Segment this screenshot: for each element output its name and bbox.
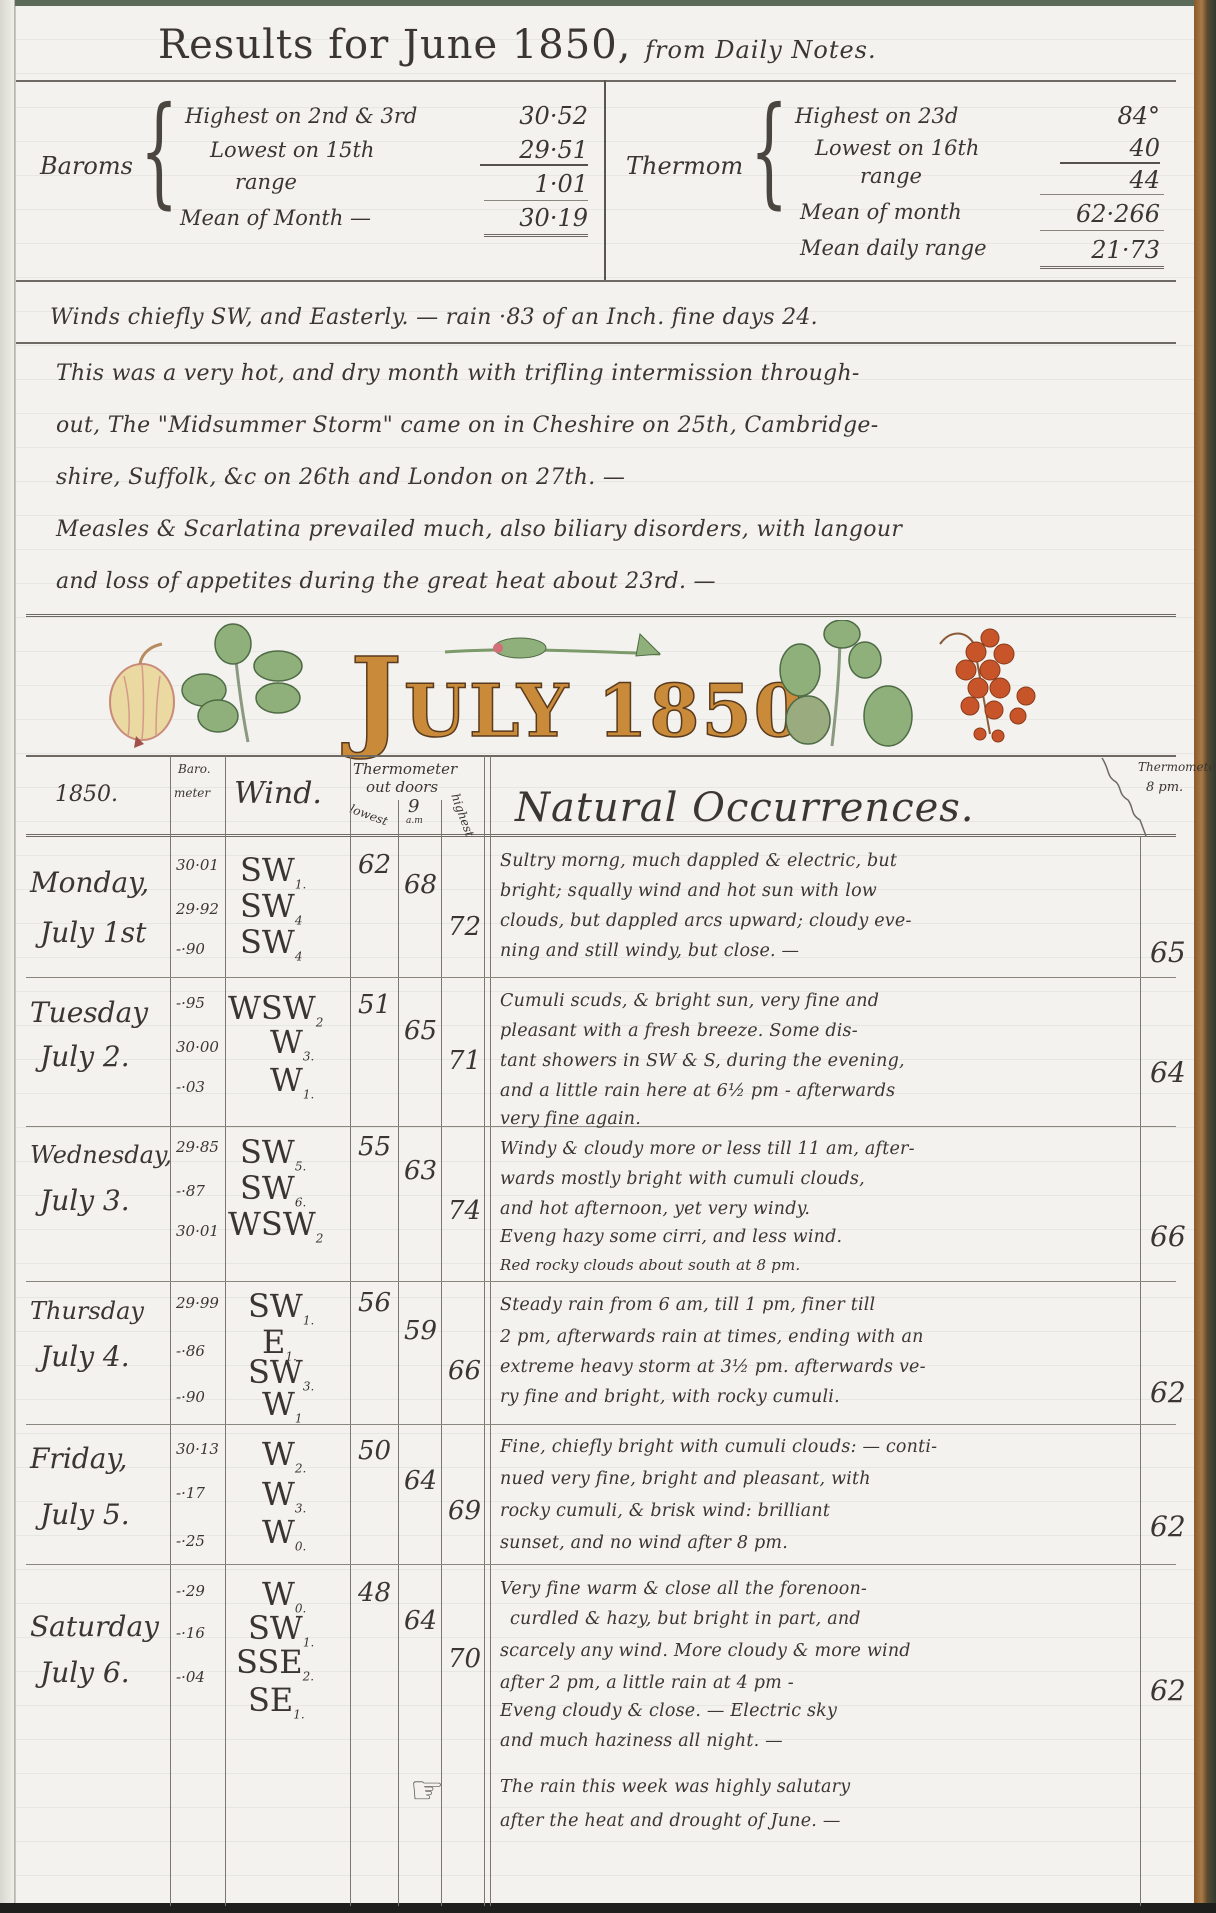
- month-heading-initial: J: [350, 633, 404, 762]
- baro-reading: 30·01: [176, 1218, 219, 1244]
- june-results-subtitle: from Daily Notes.: [645, 36, 877, 64]
- baro-reading: -·90: [176, 936, 205, 962]
- header-8pm: 8 pm.: [1146, 780, 1183, 795]
- row-divider: [26, 1564, 1176, 1565]
- wind-force: 3.: [303, 1379, 314, 1393]
- rule: [1040, 194, 1164, 195]
- temp-8pm: 66: [1150, 1220, 1186, 1253]
- day-date: July 6.: [40, 1650, 130, 1696]
- barometer-label: Baroms: [40, 152, 133, 180]
- wind-reading: SW4: [240, 926, 302, 972]
- temp-highest: 72: [448, 912, 481, 942]
- temp-8pm: 65: [1150, 936, 1186, 969]
- wind-force: 3.: [295, 1501, 306, 1515]
- thermometer-row-value: 40: [1060, 134, 1160, 164]
- barometer-row-label: Highest on 2nd & 3rd: [185, 104, 417, 128]
- remark-line: extreme heavy storm at 3½ pm. afterwards…: [500, 1352, 926, 1382]
- wind-reading: W0.: [262, 1516, 306, 1562]
- remark-line: after 2 pm, a little rain at 4 pm -: [500, 1668, 794, 1698]
- wind-direction: WSW: [228, 1205, 316, 1243]
- temp-lowest: 51: [358, 990, 391, 1020]
- column-divider: [398, 800, 399, 1906]
- thermometer-row-value: 62·266: [1040, 200, 1160, 228]
- row-divider: [26, 1424, 1176, 1425]
- pointing-hand-icon: ☞: [410, 1768, 444, 1812]
- thermometer-row-label: Lowest on 16th: [815, 136, 979, 160]
- temp-lowest: 62: [358, 850, 391, 880]
- barometer-row-label: Mean of Month —: [180, 206, 371, 230]
- rule: [1040, 230, 1164, 231]
- wind-direction: SW: [240, 851, 295, 889]
- wind-direction: SW: [240, 887, 295, 925]
- barometer-brace: {: [140, 92, 178, 212]
- remark-line: Cumuli scuds, & bright sun, very fine an…: [500, 986, 879, 1016]
- remark-line: Eveng hazy some cirri, and less wind.: [500, 1222, 842, 1252]
- day-date: July 1st: [40, 910, 146, 956]
- wind-direction: SW: [248, 1609, 303, 1647]
- remark-line: tant showers in SW & S, during the eveni…: [500, 1046, 905, 1076]
- wind-direction: SW: [240, 923, 295, 961]
- wind-direction: SW: [240, 1133, 295, 1171]
- day-name: Friday,: [30, 1436, 127, 1482]
- wind-direction: SE: [248, 1681, 293, 1719]
- remark-line: sunset, and no wind after 8 pm.: [500, 1528, 788, 1558]
- june-results-title: Results for June 1850, from Daily Notes.: [158, 22, 877, 68]
- temp-highest: 71: [448, 1046, 481, 1076]
- remark-line: Red rocky clouds about south at 8 pm.: [500, 1250, 800, 1280]
- wind-direction: W: [262, 1475, 295, 1513]
- baro-reading: 29·85: [176, 1134, 219, 1160]
- wind-direction: WSW: [228, 989, 316, 1027]
- thermometer-row-label: Mean daily range: [800, 236, 987, 260]
- day-date: July 2.: [40, 1034, 130, 1080]
- column-divider: [484, 756, 485, 1906]
- remark-line: bright; squally wind and hot sun with lo…: [500, 876, 877, 906]
- june-results-title-text: Results for June 1850,: [158, 22, 631, 68]
- remark-line: Sultry morng, much dappled & electric, b…: [500, 846, 897, 876]
- wind-force: 1.: [303, 1087, 314, 1101]
- wind-reading: SE1.: [248, 1684, 305, 1730]
- leaf-sprig-icon: [178, 622, 308, 747]
- wind-force: 2.: [303, 1669, 314, 1683]
- baro-reading: 30·13: [176, 1436, 219, 1462]
- temp-lowest: 50: [358, 1436, 391, 1466]
- remark-line: curdled & hazy, but bright in part, and: [510, 1604, 861, 1634]
- header-barometer-line1: Baro.: [178, 762, 211, 776]
- wind-force: 1.: [303, 1313, 314, 1327]
- temp-9am: 64: [404, 1606, 437, 1636]
- wind-force: 2.: [295, 1461, 306, 1475]
- previous-page-edge: [0, 0, 15, 1913]
- baro-reading: -·25: [176, 1528, 205, 1554]
- remark-line: Windy & cloudy more or less till 11 am, …: [500, 1134, 915, 1164]
- column-divider: [350, 756, 351, 1906]
- book-bottom-edge: [0, 1903, 1216, 1913]
- barometer-row-value: 29·51: [480, 136, 588, 166]
- baro-reading: -·90: [176, 1384, 205, 1410]
- flourish-icon: [1100, 756, 1150, 836]
- temp-9am: 64: [404, 1466, 437, 1496]
- baro-reading: 30·01: [176, 852, 219, 878]
- wind-force: 1.: [293, 1707, 304, 1721]
- remark-line: very fine again.: [500, 1104, 641, 1134]
- manuscript-page: Results for June 1850, from Daily Notes.…: [0, 0, 1216, 1913]
- remark-line: nued very fine, bright and pleasant, wit…: [500, 1464, 871, 1494]
- june-summary-line: Winds chiefly SW, and Easterly. — rain ·…: [50, 296, 818, 340]
- wind-force: 1: [295, 1411, 303, 1425]
- remark-line: Very fine warm & close all the forenoon-: [500, 1574, 867, 1604]
- day-name: Wednesday,: [30, 1132, 172, 1178]
- barometer-row-label: range: [235, 170, 297, 194]
- wind-direction: SW: [248, 1287, 303, 1325]
- wind-direction: SW: [240, 1169, 295, 1207]
- temp-lowest: 48: [358, 1578, 391, 1608]
- wind-direction: SSE: [236, 1643, 303, 1681]
- barometer-row-value: 30·19: [480, 204, 588, 232]
- day-name: Saturday: [30, 1604, 159, 1650]
- wind-force: 0.: [295, 1539, 306, 1553]
- june-note-line: Measles & Scarlatina prevailed much, als…: [56, 508, 902, 552]
- wind-force: 4: [295, 949, 303, 963]
- june-note-line: shire, Suffolk, &c on 26th and London on…: [56, 456, 625, 500]
- barometer-row-value: 1·01: [480, 170, 588, 198]
- book-spine: [1194, 0, 1216, 1913]
- thermometer-row-label: Mean of month: [800, 200, 962, 224]
- temp-8pm: 64: [1150, 1056, 1186, 1089]
- wind-force: 3.: [303, 1049, 314, 1063]
- wind-direction: W: [262, 1435, 295, 1473]
- temp-8pm: 62: [1150, 1510, 1186, 1543]
- baro-reading: -·03: [176, 1074, 205, 1100]
- thermometer-row-label: Highest on 23d: [795, 104, 958, 128]
- section-rule: [26, 614, 1176, 620]
- column-divider: [225, 756, 226, 1906]
- wind-direction: W: [262, 1513, 295, 1551]
- barometer-row-value: 30·52: [480, 102, 588, 130]
- header-nine: 9: [408, 796, 419, 817]
- rule: [484, 200, 588, 201]
- gooseberry-icon: [100, 640, 190, 750]
- header-year: 1850.: [55, 782, 118, 807]
- day-date: July 3.: [40, 1178, 130, 1224]
- wind-reading: W1.: [270, 1064, 314, 1110]
- temp-highest: 74: [448, 1196, 481, 1226]
- header-wind: Wind.: [234, 776, 322, 811]
- temp-8pm: 62: [1150, 1376, 1186, 1409]
- remark-line: clouds, but dappled arcs upward; cloudy …: [500, 906, 912, 936]
- day-name: Monday,: [30, 860, 149, 906]
- baro-reading: -·86: [176, 1338, 205, 1364]
- baro-reading: -·95: [176, 990, 205, 1016]
- rule: [1040, 266, 1164, 272]
- wind-direction: W: [270, 1061, 303, 1099]
- temp-9am: 65: [404, 1016, 437, 1046]
- temp-9am: 68: [404, 870, 437, 900]
- remark-line: and much haziness all night. —: [500, 1726, 783, 1756]
- baro-reading: -·87: [176, 1178, 205, 1204]
- thermometer-row-value: 21·73: [1040, 236, 1160, 264]
- baro-reading: 29·99: [176, 1290, 219, 1316]
- thermometer-row-value: 84°: [1060, 102, 1160, 130]
- thermometer-brace: {: [750, 92, 788, 212]
- barometer-row-label: Lowest on 15th: [210, 138, 374, 162]
- june-note-line: This was a very hot, and dry month with …: [56, 352, 860, 396]
- leaf-sprig-icon: [760, 620, 920, 748]
- remark-line: ry fine and bright, with rocky cumuli.: [500, 1382, 840, 1412]
- rule: [16, 80, 1176, 82]
- remark-line: and a little rain here at 6½ pm - afterw…: [500, 1076, 895, 1106]
- rule: [16, 280, 1176, 282]
- rose-stem-icon: [440, 624, 670, 674]
- baro-reading: -·29: [176, 1578, 205, 1604]
- rule: [16, 342, 1176, 344]
- row-divider: [26, 1281, 1176, 1282]
- divider: [604, 80, 606, 280]
- row-divider: [26, 977, 1176, 978]
- temp-lowest: 55: [358, 1132, 391, 1162]
- day-name: Thursday: [30, 1288, 144, 1334]
- redcurrant-icon: [930, 624, 1040, 752]
- column-divider: [441, 800, 442, 1906]
- header-am: a.m: [406, 816, 423, 826]
- june-note-line: out, The "Midsummer Storm" came on in Ch…: [56, 404, 878, 448]
- remark-line: scarcely any wind. More cloudy & more wi…: [500, 1636, 911, 1666]
- temp-8pm: 62: [1150, 1674, 1186, 1707]
- rule: [484, 234, 588, 240]
- column-divider: [490, 756, 491, 1906]
- baro-reading: -·16: [176, 1620, 205, 1646]
- temp-highest: 70: [448, 1644, 481, 1674]
- day-date: July 5.: [40, 1492, 130, 1538]
- thermometer-row-label: range: [860, 164, 922, 188]
- baro-reading: -·17: [176, 1480, 205, 1506]
- weekly-note-line: The rain this week was highly salutary: [500, 1772, 850, 1802]
- temp-highest: 66: [448, 1356, 481, 1386]
- wind-force: 2: [316, 1231, 324, 1245]
- temp-lowest: 56: [358, 1288, 391, 1318]
- header-barometer-line2: meter: [174, 786, 210, 800]
- wind-direction: W: [262, 1385, 295, 1423]
- remark-line: and hot afternoon, yet very windy.: [500, 1194, 810, 1224]
- remark-line: Steady rain from 6 am, till 1 pm, finer …: [500, 1290, 875, 1320]
- remark-line: wards mostly bright with cumuli clouds,: [500, 1164, 865, 1194]
- day-name: Tuesday: [30, 990, 148, 1036]
- wind-direction: W: [270, 1023, 303, 1061]
- header-thermometer: Thermometer: [353, 760, 457, 778]
- day-date: July 4.: [40, 1334, 130, 1380]
- header-natural-occurrences: Natural Occurrences.: [515, 785, 975, 831]
- rule: [26, 834, 1176, 840]
- thermometer-label: Thermom: [626, 152, 743, 180]
- header-out-doors: out doors: [366, 778, 438, 796]
- baro-reading: -·04: [176, 1664, 205, 1690]
- weekly-note-line: after the heat and drought of June. —: [500, 1806, 841, 1836]
- temp-9am: 59: [404, 1316, 437, 1346]
- june-note-line: and loss of appetites during the great h…: [56, 560, 716, 604]
- temp-9am: 63: [404, 1156, 437, 1186]
- remark-line: 2 pm, afterwards rain at times, ending w…: [500, 1322, 924, 1352]
- column-divider: [170, 756, 171, 1906]
- wind-reading: W1: [262, 1388, 303, 1434]
- temp-highest: 69: [448, 1496, 481, 1526]
- wind-reading: WSW2: [228, 1208, 323, 1254]
- remark-line: Fine, chiefly bright with cumuli clouds:…: [500, 1432, 937, 1462]
- remark-line: Eveng cloudy & close. — Electric sky: [500, 1696, 837, 1726]
- remark-line: ning and still windy, but close. —: [500, 936, 799, 966]
- rule: [26, 755, 1176, 757]
- column-divider: [1140, 836, 1141, 1906]
- remark-line: rocky cumuli, & brisk wind: brilliant: [500, 1496, 830, 1526]
- remark-line: pleasant with a fresh breeze. Some dis-: [500, 1016, 858, 1046]
- thermometer-row-value: 44: [1060, 166, 1160, 194]
- baro-reading: 29·92: [176, 896, 219, 922]
- baro-reading: 30·00: [176, 1034, 219, 1060]
- wind-force: 2: [316, 1015, 324, 1029]
- wind-direction: W: [262, 1575, 295, 1613]
